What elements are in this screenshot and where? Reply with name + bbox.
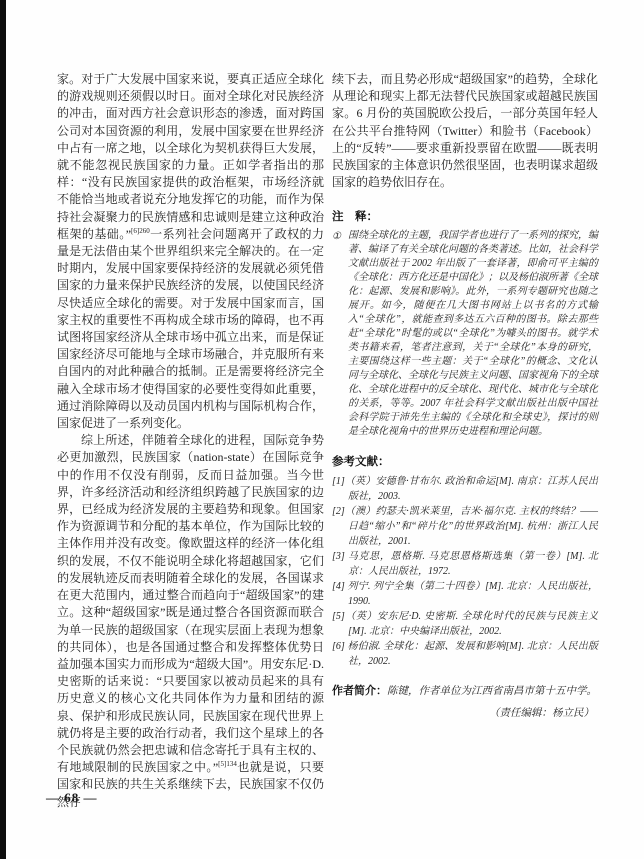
note-marker-circled-1: ① xyxy=(332,229,348,439)
body-paragraph-continuation: 续下去，而且势必形成“超级国家”的趋势，全球化从理论和现实上都无法替代民族国家或… xyxy=(332,71,598,191)
right-column: 续下去，而且势必形成“超级国家”的趋势，全球化从理论和现实上都无法替代民族国家或… xyxy=(332,71,598,720)
left-column: 家。对于广大发展中国家来说，要真正适应全球化的游戏规则还须假以时日。面对全球化对… xyxy=(57,71,324,811)
body-paragraph-2: 综上所述，伴随着全球化的进程，国际竞争势必更加激烈，民族国家（nation-st… xyxy=(57,432,324,810)
citation-superscript-5: [5]134 xyxy=(218,760,237,768)
paragraph-1-text: 家。对于广大发展中国家来说，要真正适应全球化的游戏规则还须假以时日。面对全球化对… xyxy=(57,72,324,241)
paragraph-1-text-continued: 一系列社会问题离开了政权的力量是无法借由某个世界组织来完全解决的。在一定时期内，… xyxy=(57,227,324,430)
note-text: 围绕全球化的主题，我国学者也进行了一系列的探究，编著、编译了有关全球化问题的各类… xyxy=(348,229,598,439)
notes-heading: 注 释： xyxy=(332,208,598,224)
page-number: — 68 — xyxy=(46,790,98,806)
scan-edge-artifact xyxy=(0,0,6,859)
reference-item-3: [3] 马克思，恩格斯. 马克思恩格斯选集（第一卷）[M]. 北京：人民出版社，… xyxy=(332,549,598,579)
note-item: ① 围绕全球化的主题，我国学者也进行了一系列的探究，编著、编译了有关全球化问题的… xyxy=(332,229,598,439)
author-bio-label: 作者简介： xyxy=(332,685,387,697)
reference-item-2: [2]（澳）约瑟夫·凯米莱里，吉米·福尔克. 主权的终结？——日趋“缩小”和“碎… xyxy=(332,504,598,549)
references-heading: 参考文献： xyxy=(332,453,598,469)
citation-superscript-6: [6]260 xyxy=(131,227,150,235)
reference-item-5: [5]（英）安东尼·D. 史密斯. 全球化时代的民族与民族主义[M]. 北京：中… xyxy=(332,609,598,639)
reference-item-1: [1]（英）安德鲁·甘布尔. 政治和命运[M]. 南京：江苏人民出版社，2003… xyxy=(332,474,598,504)
reference-item-4: [4] 列宁. 列宁全集（第二十四卷）[M]. 北京：人民出版社，1990. xyxy=(332,579,598,609)
author-info-section: 作者简介：陈键，作者单位为江西省南昌市第十五中学。 （责任编辑：杨立民） xyxy=(332,684,598,720)
journal-page: 家。对于广大发展中国家来说，要真正适应全球化的游戏规则还须假以时日。面对全球化对… xyxy=(0,0,644,859)
body-paragraph-1: 家。对于广大发展中国家来说，要真正适应全球化的游戏规则还须假以时日。面对全球化对… xyxy=(57,71,324,432)
reference-item-6: [6] 杨伯淑. 全球化：起源、发展和影响[M]. 北京：人民出版社，2002. xyxy=(332,639,598,669)
author-bio-line: 作者简介：陈键，作者单位为江西省南昌市第十五中学。 xyxy=(332,684,598,699)
notes-section: 注 释： ① 围绕全球化的主题，我国学者也进行了一系列的探究，编著、编译了有关全… xyxy=(332,208,598,439)
author-bio-text: 陈键，作者单位为江西省南昌市第十五中学。 xyxy=(387,686,597,697)
references-section: 参考文献： [1]（英）安德鲁·甘布尔. 政治和命运[M]. 南京：江苏人民出版… xyxy=(332,453,598,669)
editor-credit: （责任编辑：杨立民） xyxy=(332,705,598,720)
paragraph-2-text: 综上所述，伴随着全球化的进程，国际竞争势必更加激烈，民族国家（nation-st… xyxy=(57,433,324,774)
